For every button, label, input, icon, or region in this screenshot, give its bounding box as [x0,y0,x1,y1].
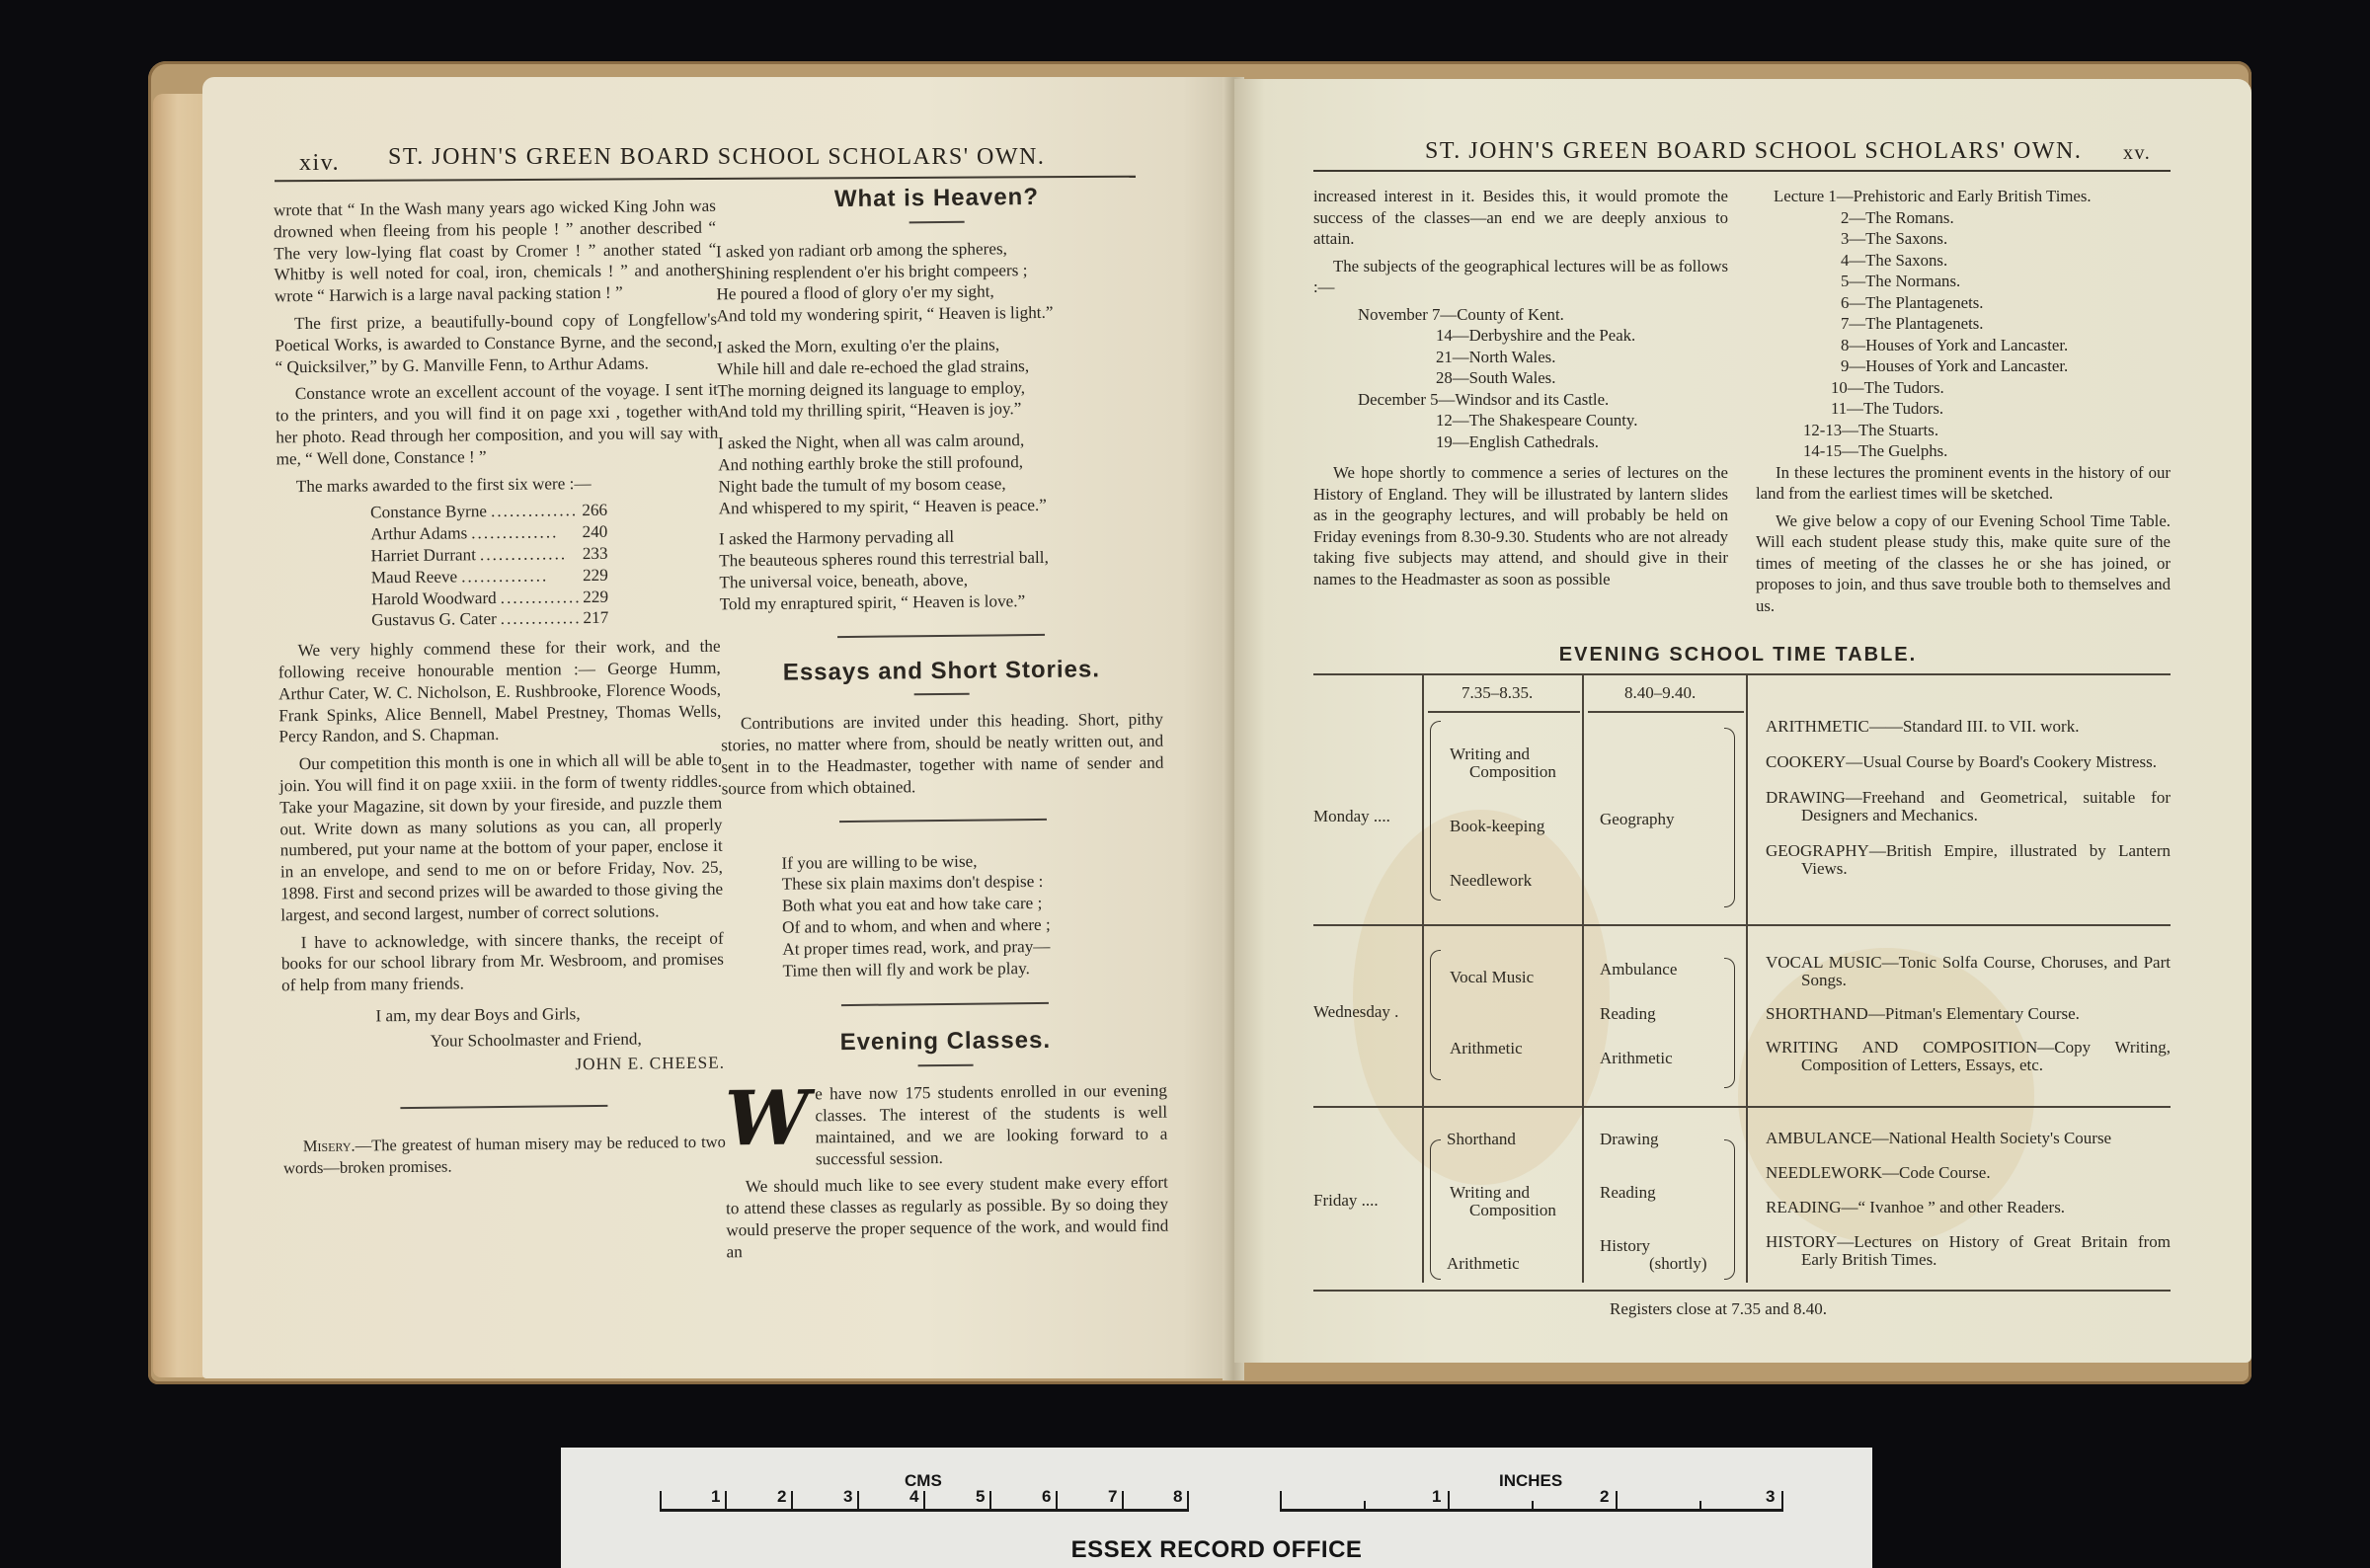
signature: JOHN E. CHEESE. [282,1053,725,1078]
history-lecture: 14-15—The Guelphs. [1756,440,2171,462]
column-rule [1422,675,1424,1283]
table-rule [1588,711,1744,713]
table-rule [1313,924,2171,926]
right-brace [1724,728,1735,907]
title-rule [914,693,970,696]
title-rule [909,221,965,224]
poem-title: What is Heaven? [715,186,1157,211]
commend-paragraph: We very highly commend these for their w… [277,636,721,748]
history-lecture: 10—The Tudors. [1756,377,2171,399]
evening-paragraph-1: We have now 175 students enrolled in our… [725,1080,1168,1171]
essays-title: Essays and Short Stories. [720,658,1162,683]
poem-stanza: I asked the Night, when all was calm aro… [718,429,1161,519]
title-rule [918,1064,974,1067]
poem-stanza: I asked the Morn, exulting o'er the plai… [717,333,1160,424]
geo-lecture: 14—Derbyshire and the Peak. [1313,325,1728,347]
left-brace [1430,950,1441,1080]
history-lecture: 8—Houses of York and Lancaster. [1756,335,2171,356]
section-rule [400,1105,607,1109]
history-column: Lecture 1—Prehistoric and Early British … [1756,186,2171,622]
geo-lecture: December 5—Windsor and its Castle. [1313,389,1728,411]
right-brace [1724,1139,1735,1280]
day-friday: Friday .... [1313,1191,1379,1210]
lectures-column: increased interest in it. Besides this, … [1313,186,1728,595]
misery-paragraph: Misery.—The greatest of human misery may… [283,1132,726,1179]
dropcap-letter: W [725,1088,810,1150]
header-first-period: 7.35–8.35. [1461,683,1533,702]
competition-paragraph: Our competition this month is one in whi… [279,749,724,926]
geo-lecture: 21—North Wales. [1313,347,1728,368]
essays-paragraph: Contributions are invited under this hea… [721,709,1164,800]
geo-lecture: November 7—County of Kent. [1313,304,1728,326]
section-rule [839,818,1047,822]
marks-row: Arthur Adams..............240 [370,521,607,545]
timetable-note: We give below a copy of our Evening Scho… [1756,510,2171,617]
marks-row: Maud Reeve..............229 [371,565,608,588]
day-wednesday: Wednesday . [1313,1002,1398,1021]
geo-intro: The subjects of the geographical lecture… [1313,256,1728,298]
right-page-number: xv. [2123,142,2151,165]
acknowledge-paragraph: I have to acknowledge, with sincere than… [281,927,725,996]
geo-lecture: 12—The Shakespeare County. [1313,410,1728,431]
evening-timetable: 7.35–8.35. 8.40–9.40. Monday .... Writin… [1313,673,2171,1297]
constance-paragraph: Constance wrote an excellent account of … [276,379,719,470]
right-brace [1724,958,1735,1088]
column-rule [1582,675,1584,1283]
table-rule [1313,1106,2171,1108]
letter-column: wrote that “ In the Wash many years ago … [274,196,726,1186]
history-lecture: 3—The Saxons. [1756,228,2171,250]
closing-line: I am, my dear Boys and Girls, [281,1002,724,1028]
history-lecture: 5—The Normans. [1756,271,2171,292]
timetable-title: EVENING SCHOOL TIME TABLE. [1555,644,1921,666]
left-brace [1430,721,1441,901]
geo-lecture: 19—English Cathedrals. [1313,431,1728,453]
lectures-note: In these lectures the prominent events i… [1756,462,2171,505]
history-lecture: 6—The Plantagenets. [1756,292,2171,314]
geo-lecture: 28—South Wales. [1313,367,1728,389]
poem-column: What is Heaven? I asked yon radiant orb … [715,186,1168,1269]
right-running-head: ST. JOHN'S GREEN BOARD SCHOOL SCHOLARS' … [1425,138,2082,165]
cm-ruler: 1 2 3 4 5 6 7 8 [660,1491,1189,1512]
marks-row: Constance Byrne..............266 [370,500,607,523]
history-lecture-list: Lecture 1—Prehistoric and Early British … [1756,186,2171,462]
poem-stanza: I asked the Harmony pervading all The be… [719,524,1162,615]
history-lecture: 9—Houses of York and Lancaster. [1756,355,2171,377]
scale-reference-card: CMS 1 2 3 4 5 6 7 8 INCHES 1 2 3 ESSEX R… [561,1448,1872,1568]
maxims-verse: If you are willing to be wise, These six… [722,848,1165,981]
history-lecture: 7—The Plantagenets. [1756,313,2171,335]
archive-name: ESSEX RECORD OFFICE [561,1536,1872,1564]
table-rule [1313,673,2171,675]
column-rule [1746,675,1748,1283]
history-lecture: 12-13—The Stuarts. [1756,420,2171,441]
opening-paragraph: wrote that “ In the Wash many years ago … [274,196,717,308]
history-intro: We hope shortly to commence a series of … [1313,462,1728,589]
marks-row: Harriet Durrant..............233 [370,543,607,567]
evening-paragraph-2: We should much like to see every student… [726,1172,1169,1263]
registers-note: Registers close at 7.35 and 8.40. [1610,1299,1827,1319]
marks-row: Gustavus G. Cater..............217 [371,607,608,631]
left-running-head: ST. JOHN'S GREEN BOARD SCHOOL SCHOLARS' … [388,144,1045,171]
marks-row: Harold Woodward..............229 [371,586,608,609]
evening-classes-title: Evening Classes. [724,1029,1166,1055]
left-page-number: xiv. [299,150,340,177]
continuation-paragraph: increased interest in it. Besides this, … [1313,186,1728,250]
marks-intro: The marks awarded to the first six were … [276,471,719,497]
closing-line: Your Schoolmaster and Friend, [282,1027,725,1053]
table-rule [1428,711,1580,713]
prize-paragraph: The first prize, a beautifully-bound cop… [275,309,718,378]
friday-descriptions: AMBULANCE—National Health Society's Cour… [1766,1130,2171,1269]
poem-stanza: I asked yon radiant orb among the sphere… [716,236,1159,327]
history-lecture: Lecture 1—Prehistoric and Early British … [1756,186,2171,207]
history-lecture: 4—The Saxons. [1756,250,2171,272]
history-lecture: 11—The Tudors. [1756,398,2171,420]
header-second-period: 8.40–9.40. [1624,683,1696,702]
monday-descriptions: ARITHMETIC——Standard III. to VII. work. … [1766,718,2171,878]
left-brace [1430,1139,1441,1280]
wednesday-descriptions: VOCAL MUSIC—Tonic Solfa Course, Choruses… [1766,954,2171,1074]
marks-list: Constance Byrne..............266 Arthur … [370,499,720,631]
inch-ruler: 1 2 3 [1280,1491,1783,1512]
table-rule [1313,1290,2171,1292]
day-monday: Monday .... [1313,807,1390,825]
inches-label: INCHES [1499,1471,1562,1491]
section-rule [837,633,1045,637]
history-lecture: 2—The Romans. [1756,207,2171,229]
header-rule [1313,170,2171,172]
section-rule [841,1002,1049,1006]
geo-lecture-list: November 7—County of Kent. 14—Derbyshire… [1313,304,1728,453]
